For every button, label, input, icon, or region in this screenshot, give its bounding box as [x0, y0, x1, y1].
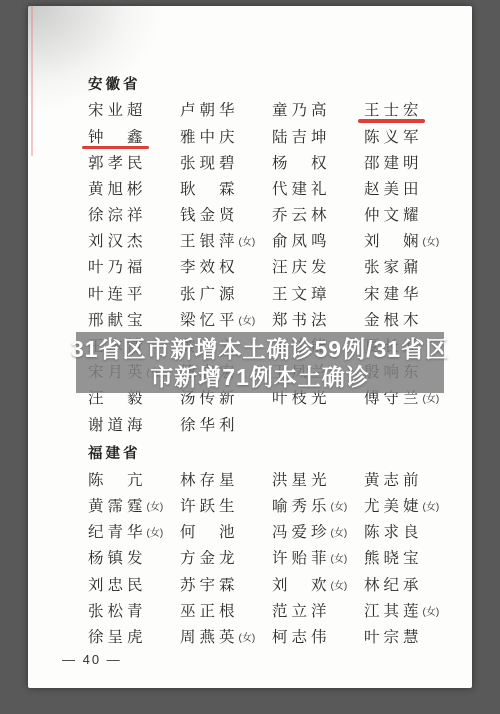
person-name: 刘忠民: [88, 578, 147, 594]
person-name: 陈义军: [364, 130, 423, 146]
person-name: 江其莲(女): [364, 604, 439, 620]
person-name: 乔云林: [272, 208, 331, 224]
name-row: 张松青巫正根范立洋江其莲(女): [88, 598, 472, 624]
province-header: 福建省: [88, 441, 472, 467]
document-photo: 安徽省宋业超卢朝华童乃高王士宏钟 鑫雅中庆陆吉坤陈义军郭孝民张现碧杨 权邵建明黄…: [0, 0, 500, 714]
female-marker: (女): [239, 237, 256, 248]
person-name: 黄旭彬: [88, 182, 147, 198]
person-name: 汪庆发: [272, 260, 331, 276]
female-marker: (女): [423, 237, 440, 248]
person-name: 仲文耀: [364, 208, 423, 224]
person-name: 钟 鑫: [88, 130, 147, 146]
female-marker: (女): [423, 607, 440, 618]
person-name: 冯爱珍(女): [272, 525, 347, 541]
person-name: 方金龙: [180, 551, 239, 567]
female-marker: (女): [147, 502, 164, 513]
person-name: 宋业超: [88, 103, 147, 119]
person-name: 叶乃福: [88, 260, 147, 276]
name-row: 陈 亢林存星洪星光黄志前: [88, 467, 472, 493]
female-marker: (女): [423, 502, 440, 513]
person-name: 巫正根: [180, 604, 239, 620]
person-name: 柯志伟: [272, 630, 331, 646]
female-marker: (女): [239, 633, 256, 644]
person-name: 张现碧: [180, 156, 239, 172]
person-name: 钱金贤: [180, 208, 239, 224]
person-name: 俞凤鸣: [272, 234, 331, 250]
person-name: 王银萍(女): [180, 234, 255, 250]
name-row: 徐呈虎周燕英(女)柯志伟叶宗慧: [88, 625, 472, 651]
female-marker: (女): [331, 581, 348, 592]
person-name: 刘 欢(女): [272, 578, 347, 594]
person-name: 代建礼: [272, 182, 331, 198]
person-name: 谢道海: [88, 418, 147, 434]
person-name: 林存星: [180, 473, 239, 489]
overlay-caption-banner: 31省区市新增本土确诊59例/31省区 市新增71例本土确诊: [76, 332, 444, 393]
name-row: 徐淙祥钱金贤乔云林仲文耀: [88, 203, 472, 229]
province-header: 安徽省: [88, 72, 472, 98]
person-name: 熊晓宝: [364, 551, 423, 567]
person-name: 卢朝华: [180, 103, 239, 119]
name-row: 黄霈霆(女)许跃生喻秀乐(女)尤美婕(女): [88, 494, 472, 520]
person-name: 梁忆平(女): [180, 313, 255, 329]
person-name: 何 池: [180, 525, 239, 541]
person-name: 童乃高: [272, 103, 331, 119]
person-name: 李效权: [180, 260, 239, 276]
name-row: 叶连平张广源王文璋宋建华: [88, 281, 472, 307]
person-name: 汪 毅: [88, 391, 147, 407]
person-name: 邢献宝: [88, 313, 147, 329]
person-name: 杨镇发: [88, 551, 147, 567]
person-name: 尤美婕(女): [364, 499, 439, 515]
page-number: — 40 —: [62, 652, 122, 667]
female-marker: (女): [331, 502, 348, 513]
person-name: 陈求良: [364, 525, 423, 541]
name-row: 钟 鑫雅中庆陆吉坤陈义军: [88, 124, 472, 150]
person-name: 陈 亢: [88, 473, 147, 489]
person-name: 黄志前: [364, 473, 423, 489]
person-name: 叶宗慧: [364, 630, 423, 646]
person-name: 纪青华(女): [88, 525, 163, 541]
person-name: 杨 权: [272, 156, 331, 172]
person-name: 徐淙祥: [88, 208, 147, 224]
name-row: 邢献宝梁忆平(女)郑书法金根木: [88, 308, 472, 334]
person-name: 雅中庆: [180, 130, 239, 146]
female-marker: (女): [239, 316, 256, 327]
person-name: 陆吉坤: [272, 130, 331, 146]
female-marker: (女): [423, 394, 440, 405]
person-name: 黄霈霆(女): [88, 499, 163, 515]
name-row: 刘汉杰王银萍(女)俞凤鸣刘 娴(女): [88, 229, 472, 255]
person-name: 许跃生: [180, 499, 239, 515]
person-name: 叶枝光: [272, 391, 331, 407]
person-name: 刘汉杰: [88, 234, 147, 250]
person-name: 金根木: [364, 313, 423, 329]
person-name: 赵美田: [364, 182, 423, 198]
name-row: 纪青华(女)何 池冯爱珍(女)陈求良: [88, 520, 472, 546]
person-name: 宋建华: [364, 287, 423, 303]
person-name: 张家鼐: [364, 260, 423, 276]
name-row: 黄旭彬耿 霖代建礼赵美田: [88, 177, 472, 203]
person-name: 郑书法: [272, 313, 331, 329]
person-name: 周燕英(女): [180, 630, 255, 646]
person-name: 叶连平: [88, 287, 147, 303]
person-name: 王文璋: [272, 287, 331, 303]
caption-line-1: 31省区市新增本土确诊59例/31省区: [71, 335, 449, 363]
person-name: 傅守兰(女): [364, 391, 439, 407]
name-row: 宋业超卢朝华童乃高王士宏: [88, 98, 472, 124]
person-name: 苏宇霖: [180, 578, 239, 594]
person-name: 邵建明: [364, 156, 423, 172]
person-name: 刘 娴(女): [364, 234, 439, 250]
caption-line-2: 市新增71例本土确诊: [150, 363, 370, 391]
person-name: 徐呈虎: [88, 630, 147, 646]
person-name: 范立洋: [272, 604, 331, 620]
name-row: 杨镇发方金龙许贻菲(女)熊晓宝: [88, 546, 472, 572]
person-name: 张松青: [88, 604, 147, 620]
person-name: 张广源: [180, 287, 239, 303]
name-row: 谢道海徐华利: [88, 412, 472, 438]
person-name: 汤传新: [180, 391, 239, 407]
female-marker: (女): [331, 554, 348, 565]
person-name: 林纪承: [364, 578, 423, 594]
person-name: 许贻菲(女): [272, 551, 347, 567]
name-row: 刘忠民苏宇霖刘 欢(女)林纪承: [88, 572, 472, 598]
person-name: 耿 霖: [180, 182, 239, 198]
female-marker: (女): [331, 528, 348, 539]
name-row: 郭孝民张现碧杨 权邵建明: [88, 150, 472, 176]
name-row: 叶乃福李效权汪庆发张家鼐: [88, 255, 472, 281]
person-name: 喻秀乐(女): [272, 499, 347, 515]
person-name: 徐华利: [180, 418, 239, 434]
person-name: 郭孝民: [88, 156, 147, 172]
female-marker: (女): [147, 528, 164, 539]
person-name: 洪星光: [272, 473, 331, 489]
person-name: 王士宏: [364, 103, 423, 119]
